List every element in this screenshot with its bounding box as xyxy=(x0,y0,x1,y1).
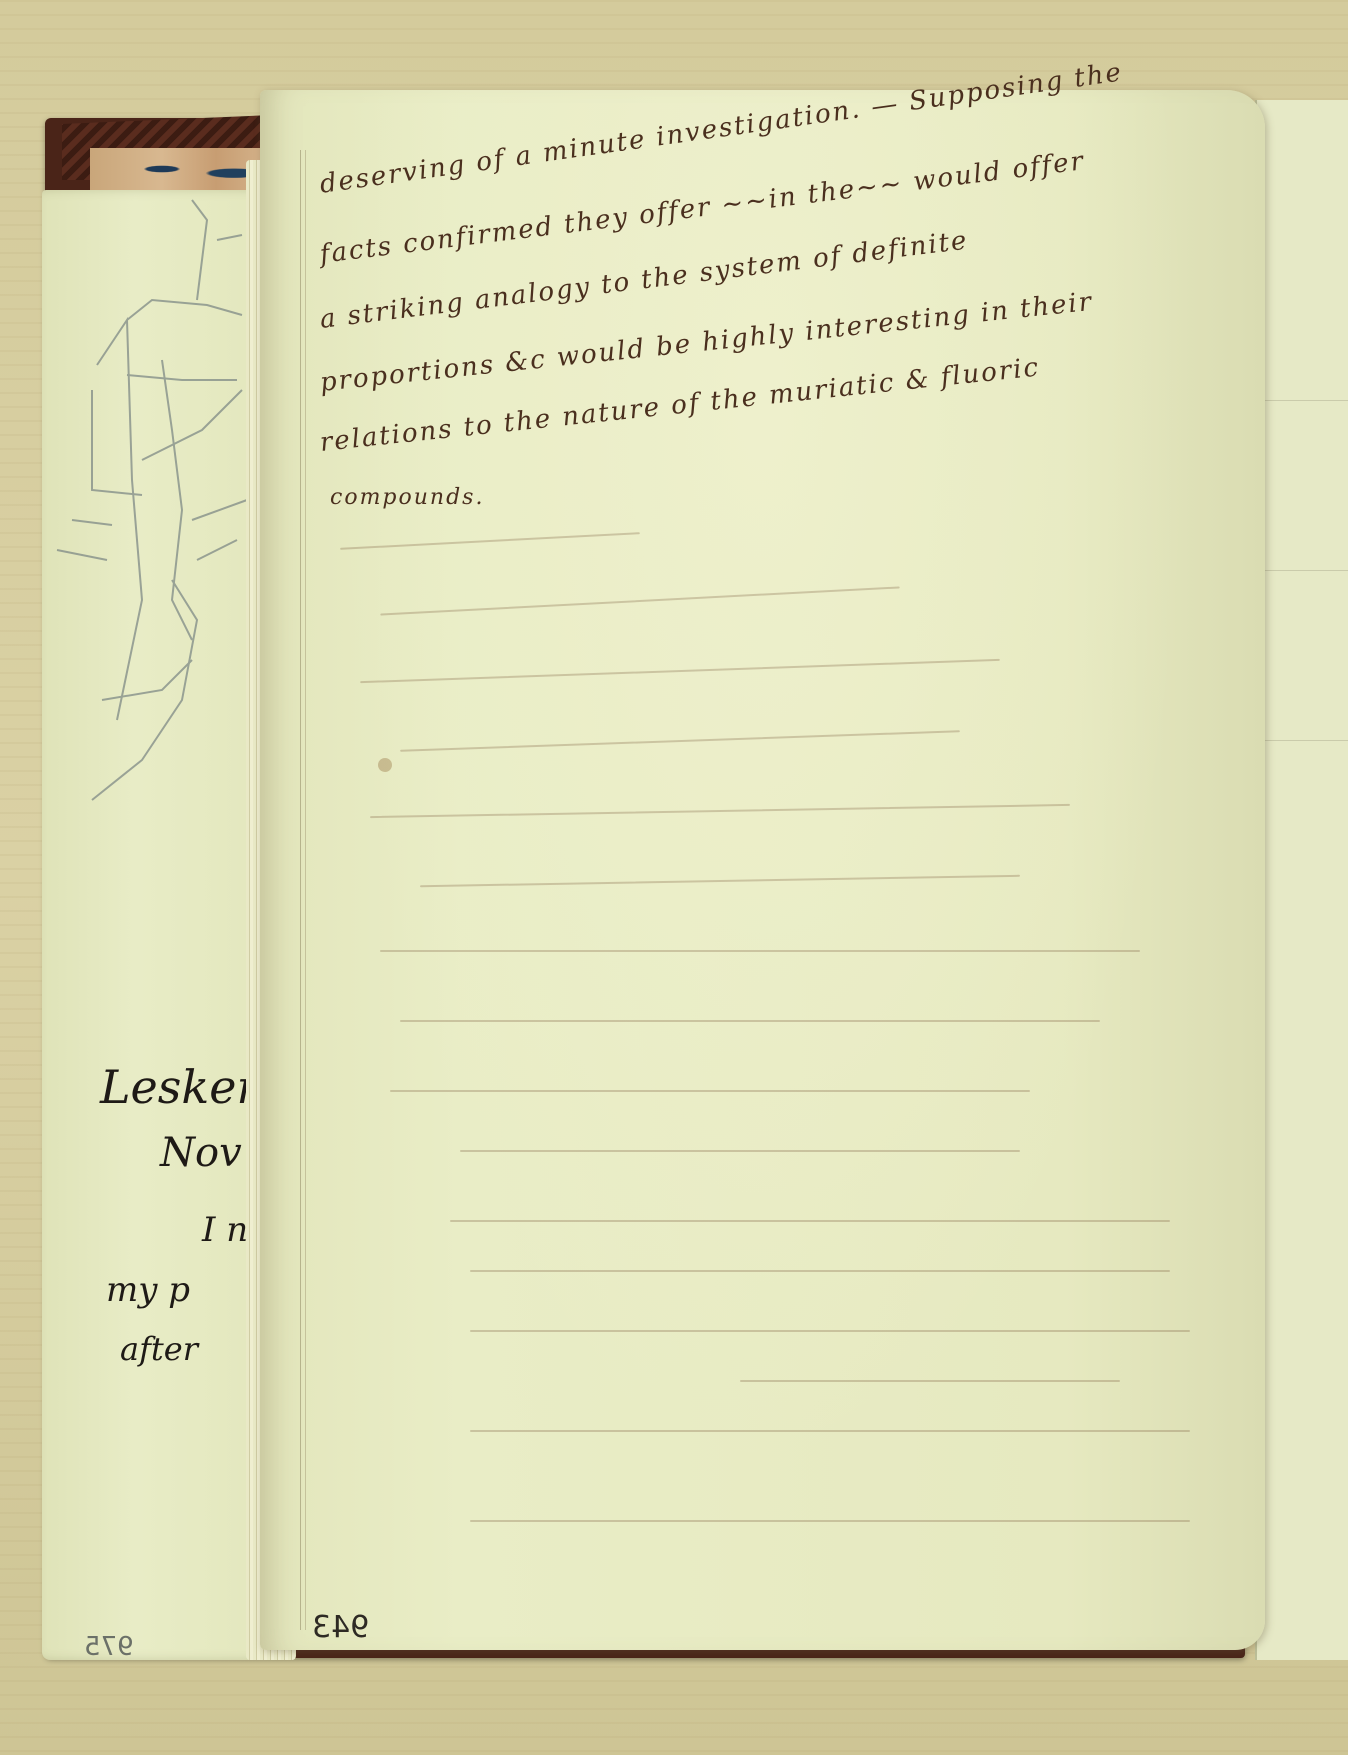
right-page: deserving of a minute investigation. — S… xyxy=(260,90,1265,1650)
manuscript-line-6: compounds. xyxy=(330,485,484,510)
adjacent-page-right xyxy=(1255,100,1348,1660)
page-margin-rule xyxy=(300,150,306,1630)
left-line-2: Nov xyxy=(160,1130,242,1176)
left-line-1: Lesker xyxy=(100,1060,258,1114)
left-line-5: after xyxy=(120,1330,198,1368)
right-page-number: 943 xyxy=(312,1610,369,1645)
left-line-3: I n xyxy=(202,1210,248,1250)
ink-stain xyxy=(378,758,392,772)
pencil-sketch xyxy=(32,180,272,880)
left-line-4: my p xyxy=(106,1270,190,1310)
show-through-text xyxy=(340,510,1200,1510)
left-page-number: 975 xyxy=(84,1632,134,1662)
